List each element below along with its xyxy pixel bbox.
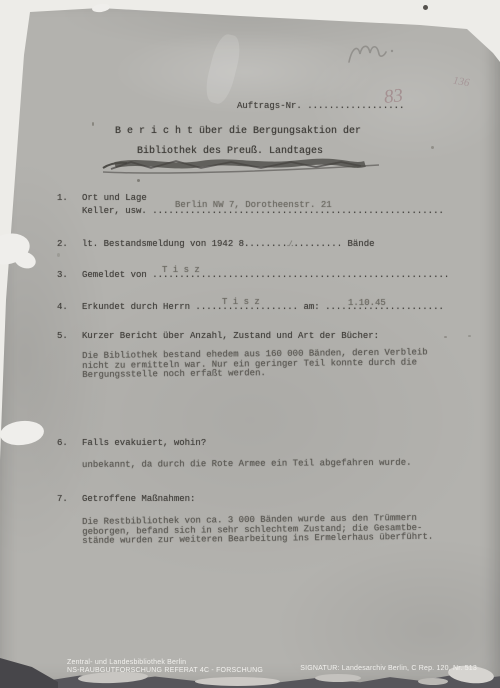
ink-speck bbox=[137, 179, 140, 182]
handwritten-auftrag-number: 83 bbox=[383, 85, 404, 109]
item-heading: Getroffene Maßnahmen: bbox=[82, 494, 195, 504]
item-label: Erkundet durch Herrn bbox=[82, 302, 195, 312]
item-label: Ort und Lage bbox=[82, 193, 147, 203]
item-label: Gemeldet von bbox=[82, 270, 152, 280]
item-number: 1. bbox=[57, 193, 68, 203]
torn-paper-bit bbox=[315, 674, 361, 682]
item-label: am: bbox=[298, 302, 325, 312]
auftrag-label: Auftrags-Nr. bbox=[237, 101, 302, 111]
item-row: Keller, usw. ...........................… bbox=[82, 206, 444, 216]
dotted-fill: ......... bbox=[293, 239, 342, 249]
item-body: Die Restbibliothek von ca. 3 000 Bänden … bbox=[82, 514, 433, 547]
ink-speck bbox=[431, 146, 434, 149]
handwritten-folio-number: 136 bbox=[452, 75, 470, 89]
item-row: lt. Bestandsmeldung von 1942 8........./… bbox=[82, 239, 375, 249]
item-heading: Kurzer Bericht über Anzahl, Zustand und … bbox=[82, 331, 379, 341]
footer-institution: Zentral- und Landesbibliothek Berlin NS-… bbox=[67, 659, 263, 674]
typed-insert: Berlin NW 7, Dorotheenstr. 21 bbox=[175, 200, 332, 210]
ink-speck bbox=[468, 335, 471, 337]
title-underline-scribble bbox=[101, 155, 383, 177]
item-number: 5. bbox=[57, 331, 68, 341]
torn-paper-bit bbox=[418, 678, 448, 685]
typed-insert: T i s z bbox=[162, 265, 200, 275]
item-label: Keller, usw. bbox=[82, 206, 152, 216]
handwritten-initials-squiggle bbox=[346, 40, 400, 70]
item-row: Gemeldet von ...........................… bbox=[82, 270, 449, 280]
report-title-line1: B e r i c h t über die Bergungsaktion de… bbox=[115, 126, 361, 137]
ink-speck bbox=[444, 336, 447, 338]
footer-signature: SIGNATUR: Landesarchiv Berlin, C Rep. 12… bbox=[300, 665, 477, 673]
item-number: 2. bbox=[57, 239, 68, 249]
footer-institution-line1: Zentral- und Landesbibliothek Berlin bbox=[67, 659, 263, 667]
footer-institution-line2: NS-RAUBGUTFORSCHUNG REFERAT 4C - FORSCHU… bbox=[67, 667, 263, 675]
ink-speck bbox=[57, 253, 60, 257]
item-row: Erkundet durch Herrn ...................… bbox=[82, 302, 444, 312]
item-number: 7. bbox=[57, 494, 68, 504]
dotted-fill: ........ bbox=[244, 239, 287, 249]
ink-speck bbox=[423, 5, 428, 10]
item-number: 6. bbox=[57, 438, 68, 448]
torn-notch bbox=[26, 428, 42, 440]
typed-insert-date: 1.10.45 bbox=[348, 298, 386, 308]
item-label: lt. Bestandsmeldung von 1942 8 bbox=[82, 239, 244, 249]
item-heading: Falls evakuiert, wohin? bbox=[82, 438, 206, 448]
ink-speck bbox=[92, 122, 94, 126]
item-body: Die Bibliothek bestand ehedem aus 160 00… bbox=[82, 348, 428, 380]
item-number: 3. bbox=[57, 270, 68, 280]
typed-insert: T i s z bbox=[222, 297, 260, 307]
item-label: Bände bbox=[342, 239, 374, 249]
torn-paper-bit bbox=[195, 677, 280, 686]
item-number: 4. bbox=[57, 302, 68, 312]
auftrag-number-row: Auftrags-Nr. .................. bbox=[237, 101, 404, 111]
